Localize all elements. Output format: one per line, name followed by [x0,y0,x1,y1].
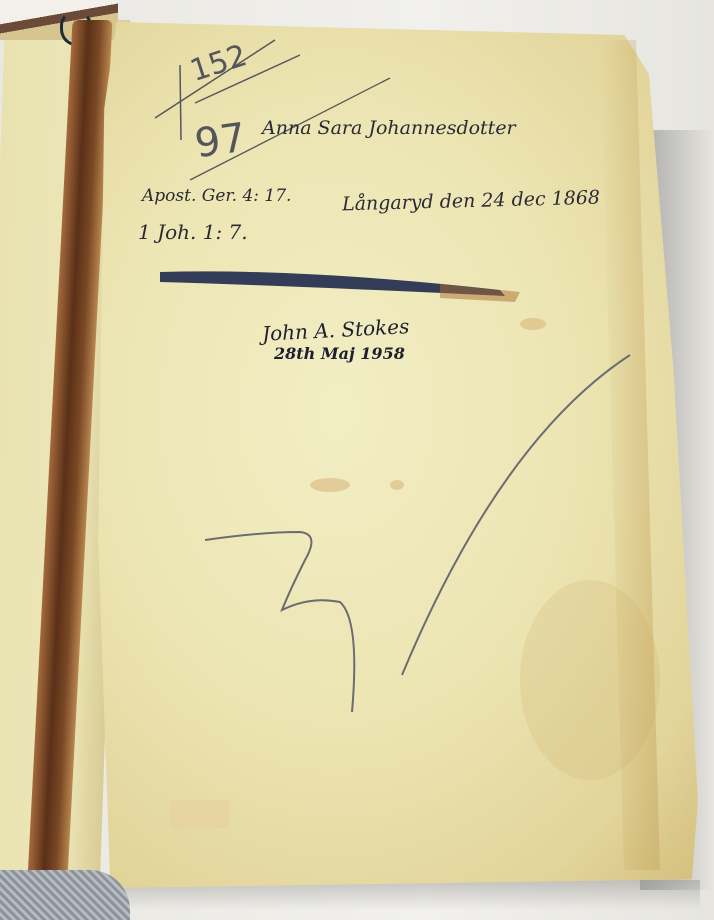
signature-date: 28th Maj 1958 [274,344,405,363]
owner-name: Anna Sara Johannesdotter [262,117,516,139]
pencil-mark: 97 [192,115,249,168]
verse-reference-john: 1 Joh. 1: 7. [138,220,248,244]
book-photo: 152 97 Anna Sara Johannesdotter Apost. G… [0,0,714,920]
pencil-arc-stroke [402,355,630,675]
pencil-scrawl-three [205,532,354,712]
verse-reference-acts: Apost. Ger. 4: 17. [142,186,291,206]
ink-bleed [440,284,520,302]
grey-cloth [0,870,130,920]
pencil-strike-line [180,65,181,140]
